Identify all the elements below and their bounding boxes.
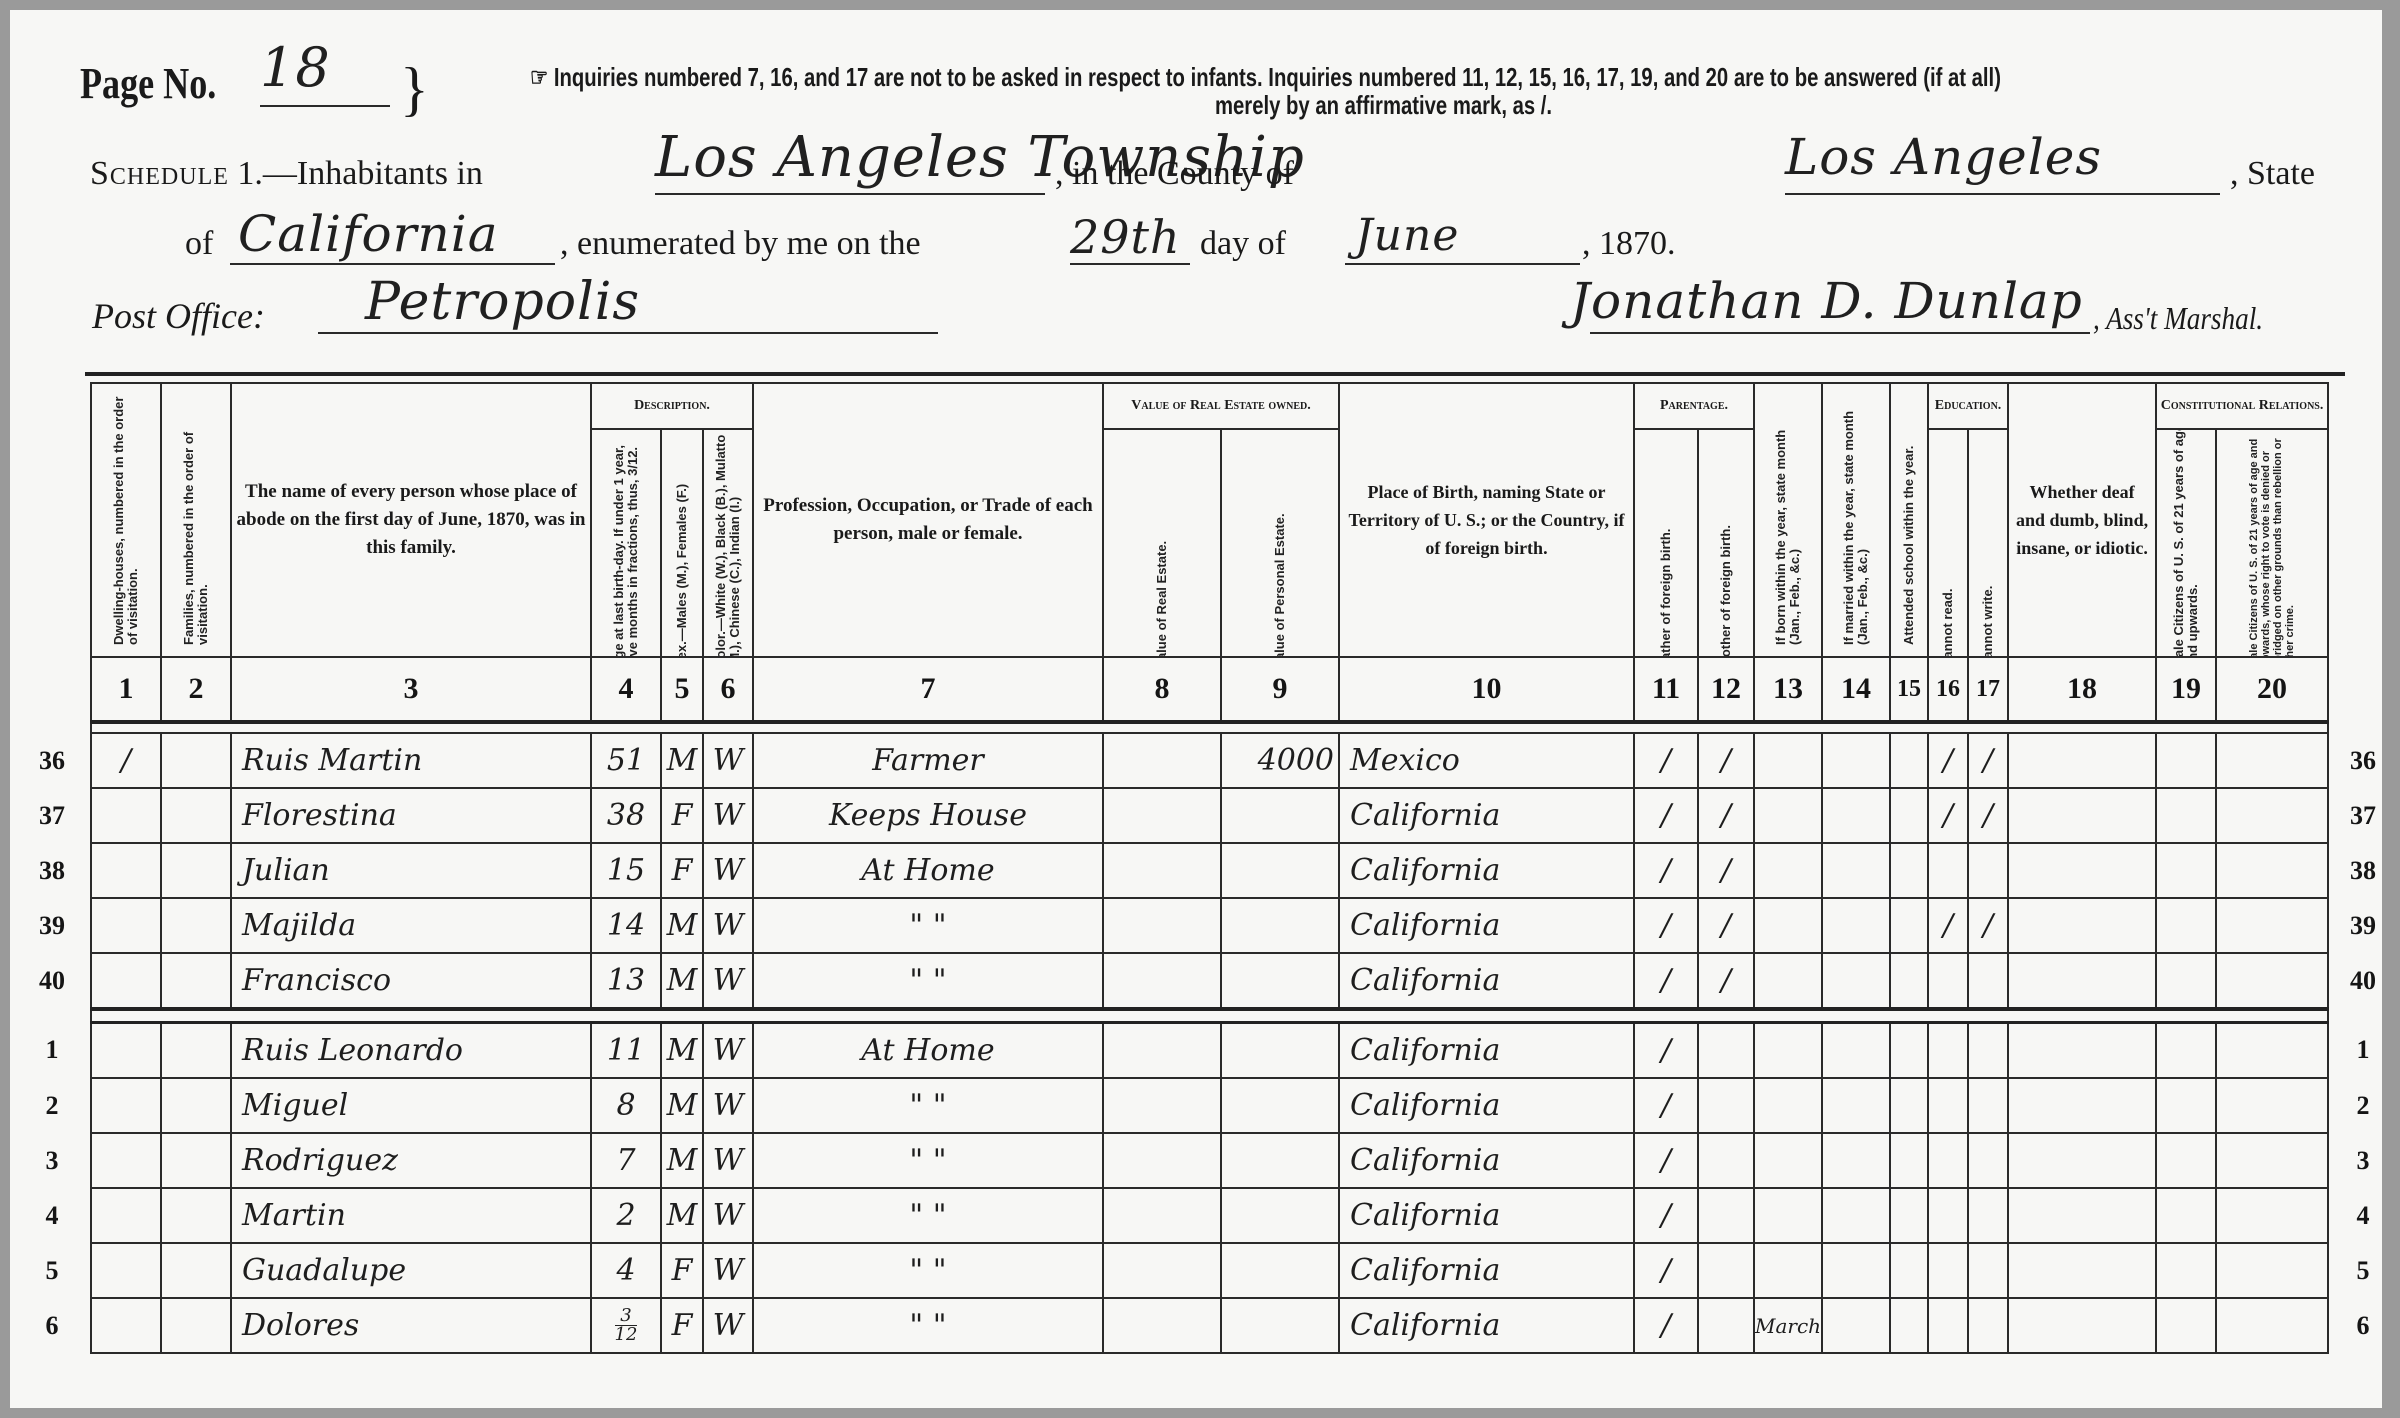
age-cell: 51 [591, 733, 661, 788]
line-number-left: 5 [32, 1256, 72, 1286]
col-header-18: Whether deaf and dumb, blind, insane, or… [2008, 383, 2156, 657]
name-cell: Ruis Leonardo [231, 1023, 591, 1079]
col-number: 19 [2156, 657, 2216, 722]
birthplace-cell: California [1339, 843, 1634, 898]
cannot-read-cell [1928, 1023, 1968, 1079]
mother-foreign-cell: / [1698, 843, 1754, 898]
disability-cell [2008, 898, 2156, 953]
household-block-2: Ruis Leonardo 11 M W At Home California … [91, 1023, 2328, 1354]
father-foreign-cell: / [1634, 1133, 1698, 1188]
dwelling-cell [91, 1133, 161, 1188]
cannot-write-cell [1968, 1298, 2008, 1353]
cannot-read-cell [1928, 843, 1968, 898]
occupation-cell: " " [753, 898, 1103, 953]
sex-cell: M [661, 1133, 703, 1188]
group-header-real-estate: Value of Real Estate owned. [1103, 383, 1339, 429]
personal-estate-cell [1221, 1298, 1339, 1353]
table-row: Guadalupe 4 F W " " California / [91, 1243, 2328, 1298]
birthplace-cell: California [1339, 1188, 1634, 1243]
family-cell [161, 1023, 231, 1079]
instructions-line-1: ☞ Inquiries numbered 7, 16, and 17 are n… [530, 62, 2001, 93]
line-number-left: 38 [32, 856, 72, 886]
line-number-left: 6 [32, 1311, 72, 1341]
born-month-cell [1754, 1243, 1822, 1298]
census-table: Dwelling-houses, numbered in the order o… [90, 382, 2329, 1354]
name-cell: Francisco [231, 953, 591, 1009]
col-header-4: Age at last birth-day. If under 1 year, … [591, 429, 661, 657]
mother-foreign-cell [1698, 1133, 1754, 1188]
age-cell: 2 [591, 1188, 661, 1243]
cannot-write-cell [1968, 953, 2008, 1009]
col-number: 2 [161, 657, 231, 722]
cannot-write-cell: / [1968, 898, 2008, 953]
line-number-right: 40 [2343, 966, 2383, 996]
married-month-cell [1822, 1133, 1890, 1188]
col-number: 14 [1822, 657, 1890, 722]
school-cell [1890, 1243, 1928, 1298]
male-citizen-cell [2156, 788, 2216, 843]
col-header-16: Cannot read. [1928, 429, 1968, 657]
table-row: Florestina 38 F W Keeps House California… [91, 788, 2328, 843]
col-number: 16 [1928, 657, 1968, 722]
disability-cell [2008, 788, 2156, 843]
page-number-underline [260, 105, 390, 107]
line-number-left: 40 [32, 966, 72, 996]
line-number-right: 4 [2343, 1201, 2383, 1231]
real-estate-cell [1103, 733, 1221, 788]
father-foreign-cell: / [1634, 953, 1698, 1009]
dwelling-cell [91, 1188, 161, 1243]
father-foreign-cell: / [1634, 843, 1698, 898]
col-header-7: Profession, Occupation, or Trade of each… [753, 383, 1103, 657]
family-cell [161, 1243, 231, 1298]
cannot-write-cell [1968, 1133, 2008, 1188]
table-row: Miguel 8 M W " " California / [91, 1078, 2328, 1133]
marshal-signature: Jonathan D. Dunlap [1570, 272, 2083, 330]
family-cell [161, 733, 231, 788]
col-header-15: Attended school within the year. [1890, 383, 1928, 657]
color-cell: W [703, 953, 753, 1009]
family-cell [161, 1078, 231, 1133]
line-number-left: 36 [32, 746, 72, 776]
col-number: 10 [1339, 657, 1634, 722]
col-header-19: Male Citizens of U. S. of 21 years of ag… [2156, 429, 2216, 657]
married-month-cell [1822, 843, 1890, 898]
county-underline [1785, 193, 2220, 195]
line-number-left: 37 [32, 801, 72, 831]
cannot-read-cell [1928, 953, 1968, 1009]
personal-estate-cell [1221, 843, 1339, 898]
col-number: 4 [591, 657, 661, 722]
birthplace-cell: California [1339, 1078, 1634, 1133]
born-month-cell [1754, 1133, 1822, 1188]
family-cell [161, 953, 231, 1009]
school-cell [1890, 898, 1928, 953]
dwelling-cell: / [91, 733, 161, 788]
real-estate-cell [1103, 843, 1221, 898]
col-header-13: If born within the year, state month (Ja… [1754, 383, 1822, 657]
sex-cell: F [661, 1243, 703, 1298]
personal-estate-cell [1221, 898, 1339, 953]
state-value: California [238, 205, 499, 263]
personal-estate-cell: 4000 [1221, 733, 1339, 788]
personal-estate-cell [1221, 953, 1339, 1009]
dwelling-cell [91, 1298, 161, 1353]
col-header-12: Mother of foreign birth. [1698, 429, 1754, 657]
father-foreign-cell: / [1634, 733, 1698, 788]
line-number-right: 3 [2343, 1146, 2383, 1176]
name-cell: Miguel [231, 1078, 591, 1133]
personal-estate-cell [1221, 1243, 1339, 1298]
occupation-cell: Keeps House [753, 788, 1103, 843]
dwelling-cell [91, 1078, 161, 1133]
mother-foreign-cell: / [1698, 733, 1754, 788]
county-value: Los Angeles [1785, 128, 2102, 186]
real-estate-cell [1103, 1188, 1221, 1243]
group-header-parentage: Parentage. [1634, 383, 1754, 429]
personal-estate-cell [1221, 1133, 1339, 1188]
color-cell: W [703, 1078, 753, 1133]
age-cell: 312 [591, 1298, 661, 1353]
age-cell: 8 [591, 1078, 661, 1133]
dwelling-cell [91, 1243, 161, 1298]
sex-cell: M [661, 953, 703, 1009]
mother-foreign-cell [1698, 1188, 1754, 1243]
col-number: 18 [2008, 657, 2156, 722]
vote-denied-cell [2216, 1023, 2328, 1079]
family-cell [161, 788, 231, 843]
father-foreign-cell: / [1634, 1023, 1698, 1079]
male-citizen-cell [2156, 843, 2216, 898]
table-row: / Ruis Martin 51 M W Farmer 4000 Mexico … [91, 733, 2328, 788]
birthplace-cell: California [1339, 1023, 1634, 1079]
col-header-14: If married within the year, state month … [1822, 383, 1890, 657]
marshal-label: , Ass't Marshal. [2093, 300, 2263, 337]
name-cell: Julian [231, 843, 591, 898]
color-cell: W [703, 1023, 753, 1079]
col-header-9: Value of Personal Estate. [1221, 429, 1339, 657]
father-foreign-cell: / [1634, 1078, 1698, 1133]
enumerated-label: , enumerated by me on the [560, 225, 921, 263]
col-number: 12 [1698, 657, 1754, 722]
name-cell: Rodriguez [231, 1133, 591, 1188]
col-header-5: Sex.—Males (M.), Females (F.) [661, 429, 703, 657]
group-header-description: Description. [591, 383, 753, 429]
male-citizen-cell [2156, 1243, 2216, 1298]
age-fraction: 312 [615, 1307, 638, 1344]
col-number: 6 [703, 657, 753, 722]
father-foreign-cell: / [1634, 1243, 1698, 1298]
real-estate-cell [1103, 1298, 1221, 1353]
male-citizen-cell [2156, 953, 2216, 1009]
color-cell: W [703, 843, 753, 898]
mother-foreign-cell [1698, 1078, 1754, 1133]
col-number: 11 [1634, 657, 1698, 722]
color-cell: W [703, 1188, 753, 1243]
married-month-cell [1822, 788, 1890, 843]
post-office-underline [318, 332, 938, 334]
color-cell: W [703, 898, 753, 953]
cannot-write-cell [1968, 1023, 2008, 1079]
vote-denied-cell [2216, 733, 2328, 788]
sex-cell: M [661, 1188, 703, 1243]
table-row: Majilda 14 M W " " California / / / / [91, 898, 2328, 953]
dwelling-cell [91, 953, 161, 1009]
male-citizen-cell [2156, 733, 2216, 788]
family-cell [161, 898, 231, 953]
cannot-read-cell: / [1928, 788, 1968, 843]
male-citizen-cell [2156, 1023, 2216, 1079]
born-month-cell [1754, 843, 1822, 898]
school-cell [1890, 1078, 1928, 1133]
disability-cell [2008, 953, 2156, 1009]
birthplace-cell: Mexico [1339, 733, 1634, 788]
cannot-read-cell: / [1928, 733, 1968, 788]
mother-foreign-cell: / [1698, 788, 1754, 843]
school-cell [1890, 1188, 1928, 1243]
personal-estate-cell [1221, 788, 1339, 843]
col-header-8: Value of Real Estate. [1103, 429, 1221, 657]
line-number-left: 4 [32, 1201, 72, 1231]
disability-cell [2008, 843, 2156, 898]
age-cell: 4 [591, 1243, 661, 1298]
mother-foreign-cell [1698, 1298, 1754, 1353]
table-row: Dolores 312 F W " " California / March [91, 1298, 2328, 1353]
birthplace-cell: California [1339, 953, 1634, 1009]
vote-denied-cell [2216, 788, 2328, 843]
real-estate-cell [1103, 1023, 1221, 1079]
col-header-3: The name of every person whose place of … [231, 383, 591, 657]
col-number: 20 [2216, 657, 2328, 722]
cannot-write-cell: / [1968, 788, 2008, 843]
personal-estate-cell [1221, 1078, 1339, 1133]
schedule-title: Schedule 1.—Inhabitants in [90, 155, 483, 193]
born-month-cell [1754, 1078, 1822, 1133]
color-cell: W [703, 788, 753, 843]
col-number: 3 [231, 657, 591, 722]
cannot-read-cell [1928, 1188, 1968, 1243]
vote-denied-cell [2216, 898, 2328, 953]
sex-cell: M [661, 733, 703, 788]
dwelling-cell [91, 1023, 161, 1079]
school-cell [1890, 788, 1928, 843]
age-cell: 11 [591, 1023, 661, 1079]
school-cell [1890, 733, 1928, 788]
family-cell [161, 1298, 231, 1353]
line-number-left: 39 [32, 911, 72, 941]
mother-foreign-cell: / [1698, 953, 1754, 1009]
day-value: 29th [1070, 210, 1181, 264]
married-month-cell [1822, 733, 1890, 788]
disability-cell [2008, 1298, 2156, 1353]
cannot-write-cell [1968, 1188, 2008, 1243]
occupation-cell: Farmer [753, 733, 1103, 788]
col-number: 13 [1754, 657, 1822, 722]
mother-foreign-cell [1698, 1023, 1754, 1079]
cannot-read-cell: / [1928, 898, 1968, 953]
month-underline [1345, 263, 1580, 265]
married-month-cell [1822, 898, 1890, 953]
name-cell: Florestina [231, 788, 591, 843]
col-header-10: Place of Birth, naming State or Territor… [1339, 383, 1634, 657]
father-foreign-cell: / [1634, 1188, 1698, 1243]
cannot-read-cell [1928, 1243, 1968, 1298]
age-cell: 15 [591, 843, 661, 898]
birthplace-cell: California [1339, 1298, 1634, 1353]
table-row: Francisco 13 M W " " California / / [91, 953, 2328, 1009]
age-cell: 7 [591, 1133, 661, 1188]
census-page: Page No. 18 } ☞ Inquiries numbered 7, 16… [10, 10, 2382, 1408]
disability-cell [2008, 733, 2156, 788]
line-number-left: 2 [32, 1091, 72, 1121]
male-citizen-cell [2156, 1298, 2216, 1353]
occupation-cell: At Home [753, 843, 1103, 898]
table-row: Ruis Leonardo 11 M W At Home California … [91, 1023, 2328, 1079]
born-month-cell: March [1754, 1298, 1822, 1353]
cannot-read-cell [1928, 1078, 1968, 1133]
cannot-write-cell: / [1968, 733, 2008, 788]
block-1-rows [91, 722, 2328, 733]
line-number-right: 39 [2343, 911, 2383, 941]
table-row: Rodriguez 7 M W " " California / [91, 1133, 2328, 1188]
page-number-value: 18 [260, 36, 331, 99]
school-cell [1890, 843, 1928, 898]
name-cell: Guadalupe [231, 1243, 591, 1298]
married-month-cell [1822, 1188, 1890, 1243]
group-header-education: Education. [1928, 383, 2008, 429]
sex-cell: M [661, 898, 703, 953]
real-estate-cell [1103, 898, 1221, 953]
real-estate-cell [1103, 788, 1221, 843]
line-number-left: 3 [32, 1146, 72, 1176]
col-header-20: Male Citizens of U. S. of 21 years of ag… [2216, 429, 2328, 657]
male-citizen-cell [2156, 898, 2216, 953]
line-number-right: 2 [2343, 1091, 2383, 1121]
table-top-rule [85, 372, 2345, 376]
day-of-label: day of [1200, 225, 1286, 263]
family-cell [161, 1188, 231, 1243]
color-cell: W [703, 1243, 753, 1298]
school-cell [1890, 1133, 1928, 1188]
month-value: June [1355, 210, 1459, 261]
male-citizen-cell [2156, 1078, 2216, 1133]
col-number: 1 [91, 657, 161, 722]
group-header-constitutional: Constitutional Relations. [2156, 383, 2328, 429]
born-month-cell [1754, 733, 1822, 788]
col-header-6: Color.—White (W.), Black (B.), Mulatto (… [703, 429, 753, 657]
col-header-1: Dwelling-houses, numbered in the order o… [91, 383, 161, 657]
vote-denied-cell [2216, 843, 2328, 898]
year-label: , 1870. [1582, 225, 1676, 263]
column-number-row: 1 2 3 4 5 6 7 8 9 10 11 12 13 14 15 16 1… [91, 657, 2328, 722]
col-header-2: Families, numbered in the order of visit… [161, 383, 231, 657]
occupation-cell: " " [753, 1133, 1103, 1188]
age-cell: 13 [591, 953, 661, 1009]
vote-denied-cell [2216, 1298, 2328, 1353]
state-underline [230, 263, 555, 265]
vote-denied-cell [2216, 1188, 2328, 1243]
county-label: , in the County of [1055, 155, 1294, 193]
birthplace-cell: California [1339, 1243, 1634, 1298]
household-block-1: / Ruis Martin 51 M W Farmer 4000 Mexico … [91, 733, 2328, 1009]
real-estate-cell [1103, 1133, 1221, 1188]
col-header-11: Father of foreign birth. [1634, 429, 1698, 657]
sex-cell: F [661, 788, 703, 843]
age-cell: 14 [591, 898, 661, 953]
col-number: 9 [1221, 657, 1339, 722]
disability-cell [2008, 1243, 2156, 1298]
sex-cell: F [661, 843, 703, 898]
col-number: 15 [1890, 657, 1928, 722]
name-cell: Majilda [231, 898, 591, 953]
name-cell: Dolores [231, 1298, 591, 1353]
col-header-17: Cannot write. [1968, 429, 2008, 657]
cannot-write-cell [1968, 1078, 2008, 1133]
col-number: 17 [1968, 657, 2008, 722]
disability-cell [2008, 1078, 2156, 1133]
township-underline [655, 193, 1045, 195]
line-number-right: 5 [2343, 1256, 2383, 1286]
col-number: 5 [661, 657, 703, 722]
vote-denied-cell [2216, 1243, 2328, 1298]
schedule-text: 1.—Inhabitants in [237, 155, 483, 192]
line-number-right: 37 [2343, 801, 2383, 831]
sex-cell: M [661, 1078, 703, 1133]
birthplace-cell: California [1339, 898, 1634, 953]
birthplace-cell: California [1339, 1133, 1634, 1188]
occupation-cell: " " [753, 1243, 1103, 1298]
personal-estate-cell [1221, 1188, 1339, 1243]
married-month-cell [1822, 1078, 1890, 1133]
age-cell: 38 [591, 788, 661, 843]
dwelling-cell [91, 788, 161, 843]
marshal-underline [1590, 332, 2090, 334]
disability-cell [2008, 1133, 2156, 1188]
married-month-cell [1822, 1298, 1890, 1353]
school-cell [1890, 1023, 1928, 1079]
male-citizen-cell [2156, 1133, 2216, 1188]
father-foreign-cell: / [1634, 898, 1698, 953]
of-label: of [185, 225, 213, 263]
born-month-cell [1754, 788, 1822, 843]
brace-glyph: } [400, 55, 429, 124]
married-month-cell [1822, 953, 1890, 1009]
sex-cell: F [661, 1298, 703, 1353]
color-cell: W [703, 1133, 753, 1188]
post-office-label: Post Office: [92, 295, 265, 337]
post-office-value: Petropolis [365, 272, 640, 332]
vote-denied-cell [2216, 953, 2328, 1009]
real-estate-cell [1103, 953, 1221, 1009]
cannot-read-cell [1928, 1298, 1968, 1353]
born-month-cell [1754, 1188, 1822, 1243]
family-cell [161, 1133, 231, 1188]
disability-cell [2008, 1023, 2156, 1079]
married-month-cell [1822, 1243, 1890, 1298]
occupation-cell: At Home [753, 1023, 1103, 1079]
color-cell: W [703, 1298, 753, 1353]
born-month-cell [1754, 953, 1822, 1009]
cannot-read-cell [1928, 1133, 1968, 1188]
male-citizen-cell [2156, 1188, 2216, 1243]
real-estate-cell [1103, 1243, 1221, 1298]
vote-denied-cell [2216, 1133, 2328, 1188]
father-foreign-cell: / [1634, 1298, 1698, 1353]
page-number-label: Page No. [80, 58, 216, 109]
school-cell [1890, 1298, 1928, 1353]
name-cell: Ruis Martin [231, 733, 591, 788]
birthplace-cell: California [1339, 788, 1634, 843]
